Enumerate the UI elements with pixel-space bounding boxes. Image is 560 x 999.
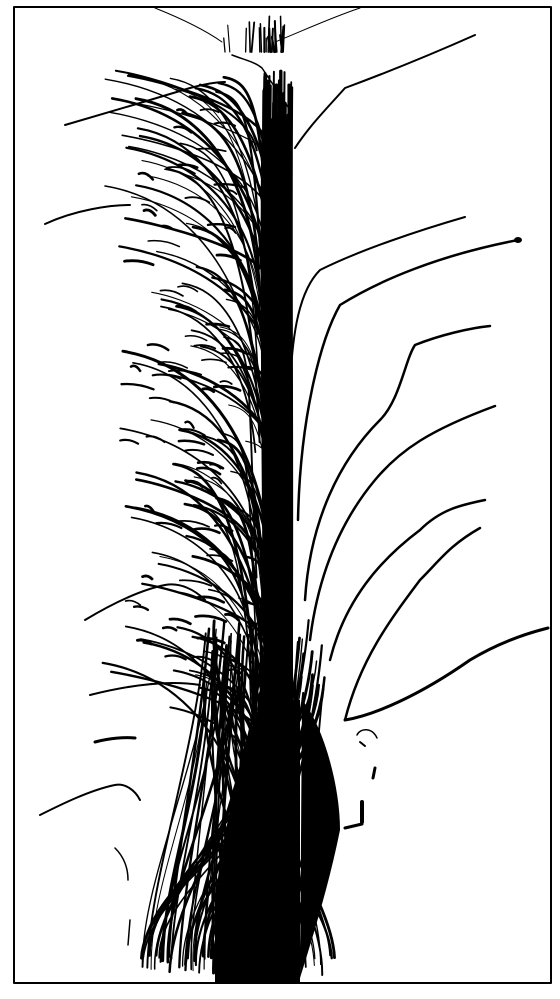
ink-drawing [0, 0, 560, 999]
